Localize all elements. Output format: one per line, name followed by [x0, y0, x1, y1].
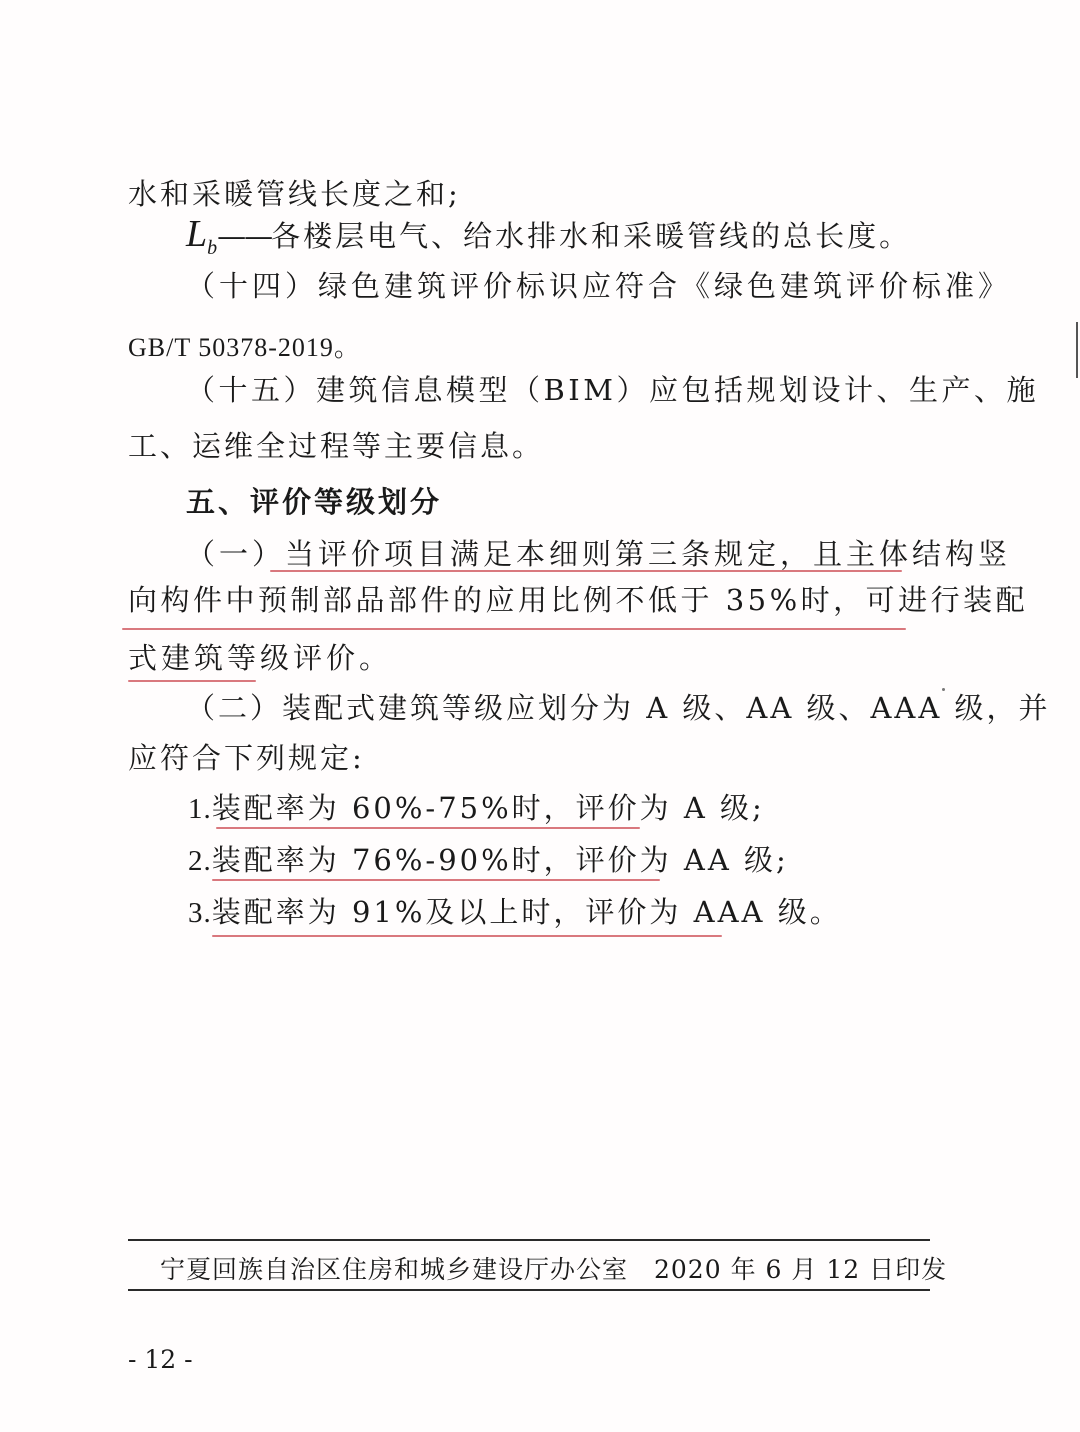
clause-2-line2: 应符合下列规定:: [128, 740, 365, 776]
list-number: 1.: [188, 793, 212, 825]
speck: [942, 688, 945, 691]
list-text: 装配率为 91%及以上时，评价为 AAA 级。: [212, 895, 842, 929]
clause-15: （十五）建筑信息模型（BIM）应包括规划设计、生产、施: [186, 372, 1039, 408]
red-underline: [212, 935, 722, 937]
footer-rule-bottom: [128, 1289, 930, 1291]
red-underline: [212, 879, 660, 881]
standard-code: GB/T 50378-2019。: [128, 330, 361, 366]
red-underline: [122, 628, 906, 630]
page-number: - 12 -: [128, 1345, 193, 1374]
clause-1-text: 当评价项目满足本细则第三条规定，且主体结构竖: [285, 537, 1011, 571]
symbol-L: L: [186, 213, 207, 255]
footer-rule-top: [128, 1239, 930, 1241]
clause-15-cont: 工、运维全过程等主要信息。: [128, 428, 544, 464]
list-text: 装配率为 76%-90%时，评价为 AA 级;: [212, 843, 789, 877]
list-item-3: 3.装配率为 91%及以上时，评价为 AAA 级。: [188, 894, 842, 931]
red-underline: [128, 680, 256, 682]
section-heading: 五、评价等级划分: [186, 484, 442, 520]
footer-issuer: 宁夏回族自治区住房和城乡建设厅办公室: [160, 1250, 628, 1286]
clause-2-line1: （二）装配式建筑等级应划分为 A 级、AA 级、AAA 级，并: [186, 690, 1051, 726]
footer-date: 2020 年 6 月 12 日印发: [654, 1250, 947, 1286]
clause-1-line1: （一）当评价项目满足本细则第三条规定，且主体结构竖: [186, 536, 1011, 572]
em-dash: ——: [217, 219, 271, 253]
symbol-definition-line: Lb——各楼层电气、给水排水和采暖管线的总长度。: [186, 216, 911, 266]
symbol-subscript: b: [207, 237, 217, 259]
clause-1-prefix: （一）: [186, 537, 285, 571]
list-item-1: 1.装配率为 60%-75%时，评价为 A 级;: [188, 790, 765, 827]
clause-1-line2: 向构件中预制部品部件的应用比例不低于 35%时，可进行装配: [128, 582, 1028, 618]
clause-14: （十四）绿色建筑评价标识应符合《绿色建筑评价标准》: [186, 268, 1011, 304]
list-item-2: 2.装配率为 76%-90%时，评价为 AA 级;: [188, 842, 789, 879]
definition-text: 各楼层电气、给水排水和采暖管线的总长度。: [271, 219, 911, 253]
red-underline: [216, 827, 640, 829]
list-number: 3.: [188, 897, 212, 929]
page-edge-mark: [1076, 322, 1078, 378]
clause-1-line3: 式建筑等级评价。: [128, 640, 392, 676]
text-line: 水和采暖管线长度之和;: [128, 176, 461, 212]
list-number: 2.: [188, 845, 212, 877]
list-text: 装配率为 60%-75%时，评价为 A 级;: [212, 791, 765, 825]
red-underline: [270, 570, 902, 572]
